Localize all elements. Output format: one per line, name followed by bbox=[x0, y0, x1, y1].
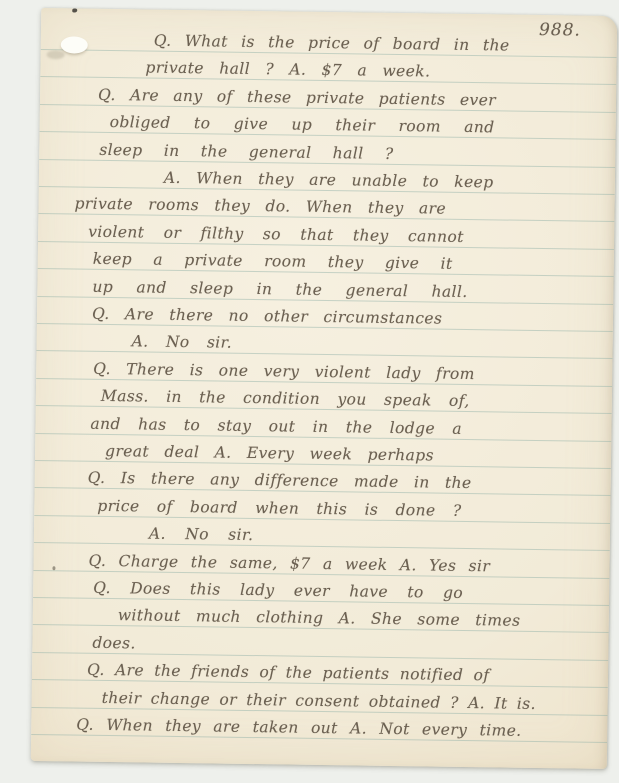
handwriting-line: without much clothing A. She some times bbox=[118, 604, 521, 635]
paper-smudge bbox=[47, 50, 65, 59]
handwriting-line: Q. Does this lady ever have to go bbox=[93, 576, 463, 606]
handwriting-line: Mass. in the condition you speak of, bbox=[101, 384, 470, 414]
handwriting-line: does. bbox=[92, 631, 136, 657]
handwriting-text: Q. What is the price of board in thepriv… bbox=[41, 8, 617, 16]
manuscript-page: 988. Q. What is the price of board in th… bbox=[31, 8, 617, 769]
handwriting-line: great deal A. Every week perhaps bbox=[105, 439, 434, 469]
handwriting-line: Q. Charge the same, $7 a week A. Yes sir bbox=[88, 548, 490, 579]
handwriting-line: A. When they are unable to keep bbox=[164, 166, 494, 196]
handwriting-line: and has to stay out in the lodge a bbox=[90, 411, 462, 441]
handwriting-line: A. No sir. bbox=[149, 522, 254, 548]
ruled-lines bbox=[41, 8, 617, 16]
handwriting-line: obliged to give up their room and bbox=[110, 110, 495, 140]
page-number: 988. bbox=[539, 20, 581, 41]
ink-speck bbox=[52, 566, 55, 570]
handwriting-line: Q. There is one very violent lady from bbox=[93, 357, 475, 387]
handwriting-line: keep a private room they give it bbox=[93, 247, 453, 277]
scan-background: 988. Q. What is the price of board in th… bbox=[0, 0, 619, 783]
handwriting-line: Q. Are the friends of the patients notif… bbox=[87, 658, 490, 689]
handwriting-line: violent or filthy so that they cannot bbox=[88, 219, 464, 249]
handwriting-line: Q. What is the price of board in the bbox=[154, 29, 510, 59]
handwriting-line: private rooms they do. When they are bbox=[74, 192, 446, 222]
handwriting-line: Q. Are any of these private patients eve… bbox=[98, 83, 496, 114]
paper-blemish bbox=[61, 36, 88, 53]
handwriting-line: Q. Is there any difference made in the bbox=[88, 466, 472, 496]
handwriting-line: private hall ? A. $7 a week. bbox=[145, 56, 430, 85]
handwriting-line: up and sleep in the general hall. bbox=[92, 274, 468, 304]
ruled-line bbox=[31, 761, 607, 769]
handwriting-line: sleep in the general hall ? bbox=[99, 137, 394, 166]
handwriting-line: Q. When they are taken out A. Not every … bbox=[76, 713, 522, 744]
handwriting-line: price of board when this is done ? bbox=[97, 494, 462, 524]
ink-speck bbox=[72, 8, 77, 12]
handwriting-line: A. No sir. bbox=[131, 330, 232, 356]
handwriting-line: their change or their consent obtained ?… bbox=[101, 686, 536, 717]
handwriting-line: Q. Are there no other circumstances bbox=[92, 302, 443, 332]
